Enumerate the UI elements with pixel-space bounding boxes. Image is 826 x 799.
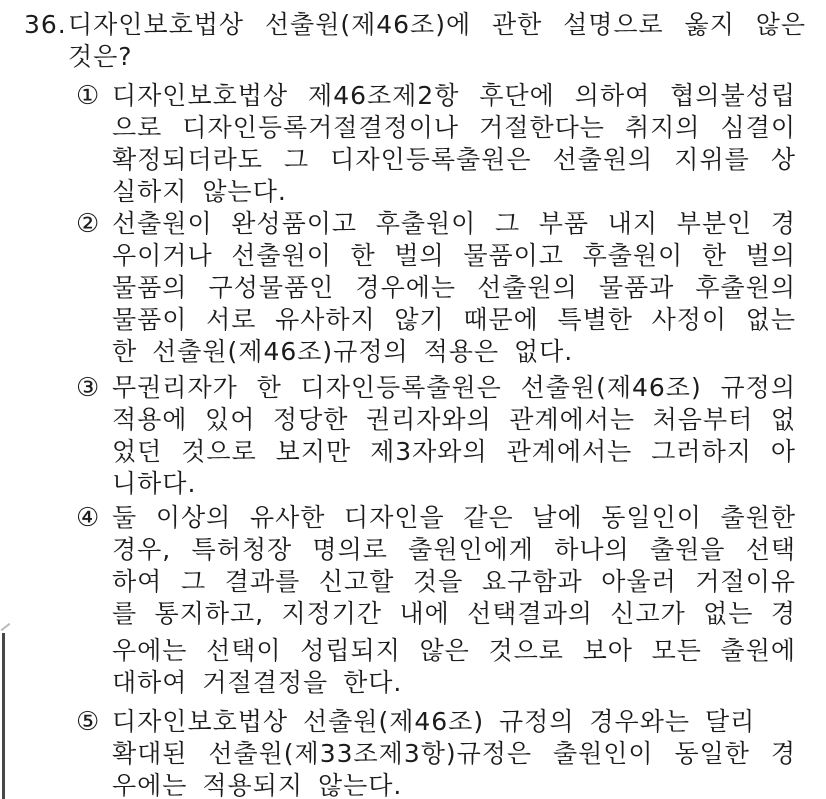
question-header: 36. 디자인보호법상 선출원(제46조)에 관한 설명으로 옳지 않은 것은?	[0, 9, 826, 73]
option-line: 선출원이 완성품이고 후출원이 그 부품 내지 부분인 경	[112, 208, 796, 240]
option-line: 를 통지하고, 지정기간 내에 선택결과의 신고가 없는 경	[112, 598, 796, 630]
option-4-continuation-text: 우에는 선택이 성립되지 않은 것으로 보아 모든 출원에 대하여 거절결정을 …	[112, 635, 796, 699]
option-2: ② 선출원이 완성품이고 후출원이 그 부품 내지 부분인 경 우이거나 선출원…	[0, 208, 826, 368]
option-4-marker: ④	[76, 502, 112, 534]
scan-edge-bar	[2, 633, 5, 799]
scanned-exam-page: 36. 디자인보호법상 선출원(제46조)에 관한 설명으로 옳지 않은 것은?…	[0, 0, 826, 799]
option-line: 니하다.	[112, 468, 796, 500]
option-3-text: 무권리자가 한 디자인등록출원은 선출원(제46조) 규정의 적용에 있어 정당…	[112, 372, 796, 500]
option-line: 우에는 적용되지 않는다.	[112, 770, 796, 799]
option-line: 무권리자가 한 디자인등록출원은 선출원(제46조) 규정의	[112, 372, 796, 404]
option-1-text: 디자인보호법상 제46조제2항 후단에 의하여 협의불성립 으로 디자인등록거절…	[112, 80, 796, 208]
option-4-continuation: 우에는 선택이 성립되지 않은 것으로 보아 모든 출원에 대하여 거절결정을 …	[0, 635, 826, 699]
question-line: 것은?	[68, 41, 806, 73]
option-line: 우에는 선택이 성립되지 않은 것으로 보아 모든 출원에	[112, 635, 796, 667]
option-line: 으로 디자인등록거절결정이나 거절한다는 취지의 심결이	[112, 112, 796, 144]
option-line: 경우, 특허청장 명의로 출원인에게 하나의 출원을 선택	[112, 534, 796, 566]
option-line: 대하여 거절결정을 한다.	[112, 667, 796, 699]
option-1-marker: ①	[76, 80, 112, 112]
option-5: ⑤ 디자인보호법상 선출원(제46조) 규정의 경우와는 달리 확대된 선출원(…	[0, 706, 826, 799]
option-line: 실하지 않는다.	[112, 176, 796, 208]
option-5-marker: ⑤	[76, 706, 112, 738]
option-2-marker: ②	[76, 208, 112, 240]
option-3-marker: ③	[76, 372, 112, 404]
option-1: ① 디자인보호법상 제46조제2항 후단에 의하여 협의불성립 으로 디자인등록…	[0, 80, 826, 208]
question-number: 36.	[24, 9, 68, 41]
option-2-text: 선출원이 완성품이고 후출원이 그 부품 내지 부분인 경 우이거나 선출원이 …	[112, 208, 796, 368]
option-4-text: 둘 이상의 유사한 디자인을 같은 날에 동일인이 출원한 경우, 특허청장 명…	[112, 502, 796, 630]
option-line: 확정되더라도 그 디자인등록출원은 선출원의 지위를 상	[112, 144, 796, 176]
question-text: 디자인보호법상 선출원(제46조)에 관한 설명으로 옳지 않은 것은?	[68, 9, 806, 73]
option-5-text: 디자인보호법상 선출원(제46조) 규정의 경우와는 달리 확대된 선출원(제3…	[112, 706, 796, 799]
option-line: 한 선출원(제46조)규정의 적용은 없다.	[112, 336, 796, 368]
option-line: 물품의 구성물품인 경우에는 선출원의 물품과 후출원의	[112, 272, 796, 304]
option-4: ④ 둘 이상의 유사한 디자인을 같은 날에 동일인이 출원한 경우, 특허청장…	[0, 502, 826, 630]
option-line: 둘 이상의 유사한 디자인을 같은 날에 동일인이 출원한	[112, 502, 796, 534]
option-line: 적용에 있어 정당한 권리자와의 관계에서는 처음부터 없	[112, 404, 796, 436]
option-3: ③ 무권리자가 한 디자인등록출원은 선출원(제46조) 규정의 적용에 있어 …	[0, 372, 826, 500]
option-line: 우이거나 선출원이 한 벌의 물품이고 후출원이 한 벌의	[112, 240, 796, 272]
option-line: 디자인보호법상 선출원(제46조) 규정의 경우와는 달리	[112, 706, 796, 738]
option-line: 물품이 서로 유사하지 않기 때문에 특별한 사정이 없는	[112, 304, 796, 336]
option-line: 하여 그 결과를 신고할 것을 요구함과 아울러 거절이유	[112, 566, 796, 598]
option-line: 디자인보호법상 제46조제2항 후단에 의하여 협의불성립	[112, 80, 796, 112]
question-line: 디자인보호법상 선출원(제46조)에 관한 설명으로 옳지 않은	[68, 9, 806, 41]
option-line: 었던 것으로 보지만 제3자와의 관계에서는 그러하지 아	[112, 436, 796, 468]
option-line: 확대된 선출원(제33조제3항)규정은 출원인이 동일한 경	[112, 738, 796, 770]
